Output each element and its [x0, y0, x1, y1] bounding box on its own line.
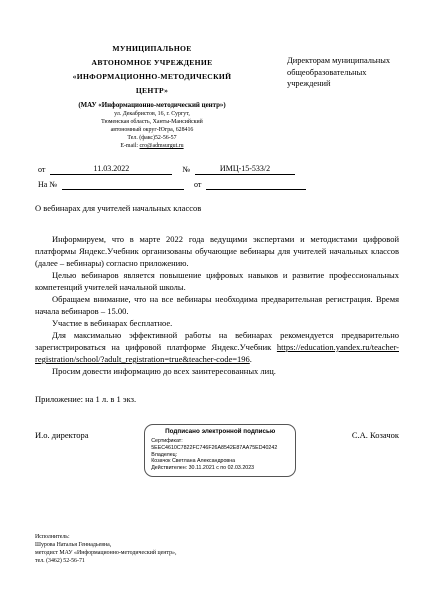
- email-link[interactable]: cro@admsurgut.ru: [140, 143, 184, 149]
- executor-phone: тел. (3462) 52-56-71: [35, 557, 176, 565]
- org-address-line: ул. Декабристов, 16, г. Сургут,: [30, 110, 274, 118]
- org-name-line: МУНИЦИПАЛЬНОЕ: [30, 42, 274, 56]
- paragraph: Участие в вебинарах бесплатное.: [35, 317, 399, 329]
- owner-label: Владелец:: [151, 452, 289, 459]
- letter-body: Информируем, что в марте 2022 года ведущ…: [35, 233, 399, 377]
- certificate-value: 5EEC4610C7822FC746F26A8542E87AA75ED40242: [151, 445, 289, 452]
- outgoing-date: 11.03.2022: [50, 164, 172, 175]
- number-label: №: [182, 165, 195, 175]
- paragraph: Информируем, что в марте 2022 года ведущ…: [35, 233, 399, 269]
- org-name-line: АВТОНОМНОЕ УЧРЕЖДЕНИЕ: [30, 56, 274, 70]
- reference-block: от 11.03.2022 № ИМЦ-15-533/2 На № от: [38, 164, 314, 195]
- stamp-title: Подписано электронной подписью: [151, 428, 289, 436]
- signer-position: И.о. директора: [35, 424, 89, 440]
- reference-row-outgoing: от 11.03.2022 № ИМЦ-15-533/2: [38, 164, 314, 175]
- incoming-number-line-empty: [62, 188, 184, 190]
- na-number-label: На №: [38, 180, 62, 190]
- paragraph-with-link: Для максимально эффективной работы на ве…: [35, 329, 399, 365]
- executor-footer: Исполнитель: Шурова Наталья Геннадьевна,…: [35, 533, 176, 565]
- incoming-date-line-empty: [206, 188, 306, 190]
- org-short-name: (МАУ «Информационно-методический центр»): [30, 101, 274, 110]
- executor-label: Исполнитель:: [35, 533, 176, 541]
- reference-row-incoming: На № от: [38, 180, 314, 190]
- signature-row: И.о. директора Подписано электронной под…: [35, 424, 399, 477]
- ot-label: от: [38, 165, 50, 175]
- e-signature-stamp: Подписано электронной подписью Сертифика…: [144, 424, 296, 477]
- certificate-label: Сертификат:: [151, 438, 289, 445]
- letterhead: МУНИЦИПАЛЬНОЕ АВТОНОМНОЕ УЧРЕЖДЕНИЕ «ИНФ…: [30, 42, 274, 151]
- addressee-block: Директорам муниципальных общеобразовател…: [287, 55, 399, 90]
- outgoing-number: ИМЦ-15-533/2: [195, 164, 295, 175]
- paragraph: Обращаем внимание, что на все вебинары н…: [35, 293, 399, 317]
- org-name-line: ЦЕНТР»: [30, 84, 274, 98]
- email-label: E-mail:: [120, 143, 139, 149]
- signer-name: С.А. Козачок: [352, 424, 399, 440]
- paragraph: Просим довести информацию до всех заинте…: [35, 365, 399, 377]
- paragraph: Целью вебинаров является повышение цифро…: [35, 269, 399, 293]
- org-address-line: Тюменская область, Ханты-Мансийский: [30, 118, 274, 126]
- org-phone: Тел. (факс)52-56-57: [30, 134, 274, 142]
- ot2-label: от: [194, 180, 206, 190]
- paragraph-text: .: [250, 354, 252, 364]
- attachment-note: Приложение: на 1 л. в 1 экз.: [35, 394, 136, 404]
- org-address-line: автономный округ-Югра, 628416: [30, 126, 274, 134]
- subject-line: О вебинарах для учителей начальных класс…: [35, 202, 205, 214]
- executor-position: методист МАУ «Информационно-методический…: [35, 549, 176, 557]
- executor-name: Шурова Наталья Геннадьевна,: [35, 541, 176, 549]
- org-email-line: E-mail: cro@admsurgut.ru: [30, 142, 274, 151]
- validity-period: Действителен: 30.11.2021 с по 02.03.2023: [151, 465, 289, 472]
- letter-page: МУНИЦИПАЛЬНОЕ АВТОНОМНОЕ УЧРЕЖДЕНИЕ «ИНФ…: [0, 0, 424, 600]
- org-name-line: «ИНФОРМАЦИОННО-МЕТОДИЧЕСКИЙ: [30, 70, 274, 84]
